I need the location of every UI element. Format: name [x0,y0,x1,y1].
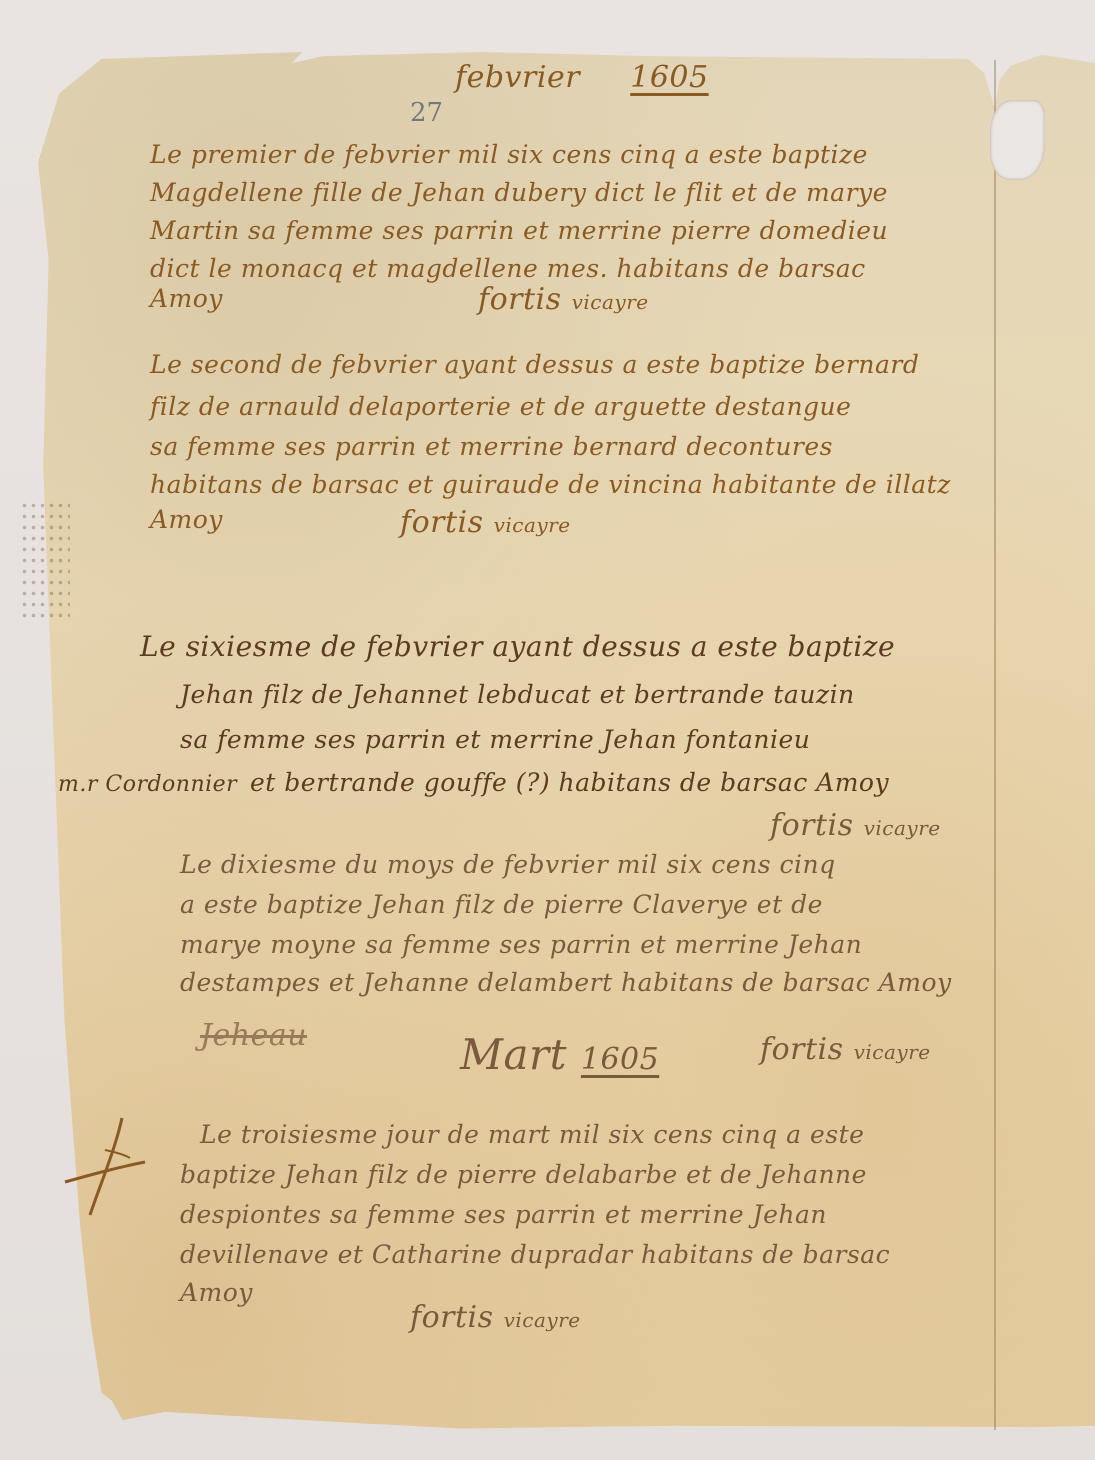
entry-line: sa femme ses parrin et merrine Jehan fon… [180,725,810,754]
signature: fortis vicayre [770,808,941,843]
torn-hole [990,100,1045,180]
signature-title: vicayre [864,816,941,840]
entry-line: Amoy [150,505,223,534]
header-month: febvrier [455,60,580,95]
signature-name: fortis [400,505,484,540]
header-year: 1605 [630,60,708,95]
signature-name: fortis [770,808,854,843]
signature: fortis vicayre [760,1032,931,1067]
entry-line: Le sixiesme de febvrier ayant dessus a e… [140,630,895,663]
entry-line: despiontes sa femme ses parrin et merrin… [180,1200,827,1229]
entry-line: sa femme ses parrin et merrine bernard d… [150,432,833,461]
page-fold-line [994,60,996,1430]
page-header: febvrier 1605 [455,60,709,95]
margin-note: m.r Cordonnier [58,772,237,797]
signature-title: vicayre [494,513,571,537]
signature-title: vicayre [854,1040,931,1064]
section-month: Mart [460,1030,567,1079]
entry-line: Le troisiesme jour de mart mil six cens … [200,1120,864,1149]
entry-line: baptize Jehan filz de pierre delabarbe e… [180,1160,867,1189]
entry-line: habitans de barsac et guiraude de vincin… [150,470,951,499]
entry-line: Le dixiesme du moys de febvrier mil six … [180,850,836,879]
signature-name: fortis [760,1032,844,1067]
signature-name: fortis [410,1300,494,1335]
signature: fortis vicayre [478,282,649,317]
entry-line: marye moyne sa femme ses parrin et merri… [180,930,862,959]
entry-line: Amoy [150,284,223,313]
signature-title: vicayre [572,290,649,314]
entry-line: a este baptize Jehan filz de pierre Clav… [180,890,823,919]
signature: fortis vicayre [410,1300,581,1335]
section-header-march: Mart 1605 [460,1030,659,1079]
signature-title: vicayre [504,1308,581,1332]
signature: fortis vicayre [400,505,571,540]
entry-line: filz de arnauld delaporterie et de argue… [150,392,851,421]
entry-line: Martin sa femme ses parrin et merrine pi… [150,216,888,245]
ink-stain-spots [20,500,70,620]
entry-line: destampes et Jehanne delambert habitans … [180,968,952,997]
entry-line: Le second de febvrier ayant dessus a est… [150,350,919,379]
margin-cross-mark [60,1110,150,1220]
struck-text: Jeheau [200,1018,307,1053]
signature-name: fortis [478,282,562,317]
entry-line: Amoy [180,1278,253,1307]
entry-line: Le premier de febvrier mil six cens cinq… [150,140,868,169]
entry-line: dict le monacq et magdellene mes. habita… [150,254,866,283]
section-year: 1605 [581,1042,659,1077]
folio-number: 27 [410,98,443,128]
entry-line: Magdellene fille de Jehan dubery dict le… [150,178,888,207]
entry-line: Jehan filz de Jehannet lebducat et bertr… [180,680,855,709]
entry-line: devillenave et Catharine dupradar habita… [180,1240,890,1269]
entry-line: et bertrande gouffe (?) habitans de bars… [250,768,889,797]
